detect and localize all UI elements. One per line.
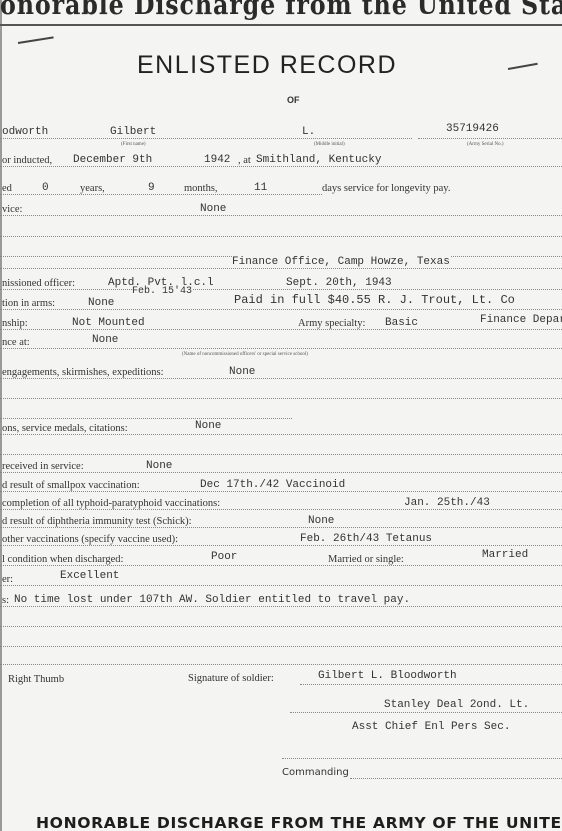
days-value: 11 (254, 182, 267, 194)
noncom-label: nissioned officer: (2, 278, 76, 289)
noncom-row: nissioned officer: Aptd. Pvt. l.c.l Sept… (0, 275, 562, 293)
name-row: odworth Gilbert L. 35719426 (0, 124, 562, 142)
remarks-row: s: No time lost under 107th AW. Soldier … (0, 592, 562, 610)
wounds-value: None (146, 460, 172, 472)
prior-service-label: vice: (2, 204, 23, 215)
commanding-label: Commanding (282, 767, 350, 778)
prior-service-value: None (200, 203, 226, 215)
officer-name: Stanley Deal 2ond. Lt. (384, 699, 529, 711)
other-vaccinations-label: other vaccinations (specify vaccine used… (2, 534, 179, 545)
qualification-label: tion in arms: (2, 298, 56, 309)
attendance-label: nce at: (2, 337, 31, 348)
footer-banner: HONORABLE DISCHARGE FROM THE ARMY OF THE… (36, 814, 562, 831)
caption-middle-initial: (Middle initial) (314, 142, 345, 147)
prior-service-row: vice: None (0, 201, 562, 219)
qualification-row: tion in arms: None Paid in full $40.55 R… (0, 295, 562, 313)
character-value: Excellent (60, 570, 119, 582)
diphtheria-label: d result of diphtheria immunity test (Sc… (2, 516, 193, 527)
inducted-label: or inducted, (2, 155, 53, 166)
married-value: Married (482, 549, 528, 561)
inducted-date: December 9th (73, 154, 152, 166)
army-specialty-label: Army specialty: (298, 318, 366, 329)
married-label: Married or single: (328, 554, 405, 565)
commanding-row: Commanding (0, 764, 562, 782)
diphtheria-value: None (308, 515, 334, 527)
decorations-value: None (195, 420, 221, 432)
smallpox-value: Dec 17th./42 Vaccinoid (200, 479, 345, 491)
character-label: er: (2, 574, 14, 585)
physical-condition-value: Poor (211, 551, 237, 563)
horsemanship-value: Not Mounted (72, 317, 145, 329)
decorations-row: ons, service medals, citations: None (0, 420, 562, 438)
wounds-row: received in service: None (0, 458, 562, 476)
ink-mark (508, 63, 538, 70)
longevity-prefix: ed (2, 183, 13, 194)
battles-value: None (229, 366, 255, 378)
horsemanship-row: nship: Not Mounted Army specialty: Basic… (0, 315, 562, 333)
serial-number: 35719426 (446, 123, 499, 135)
physical-condition-row: l condition when discharged: Poor Marrie… (0, 551, 562, 569)
smallpox-row: d result of smallpox vaccination: Dec 17… (0, 477, 562, 495)
attendance-row: nce at: None (0, 334, 562, 352)
days-label: days service for longevity pay. (322, 183, 452, 194)
character-row: er: Excellent (0, 571, 562, 589)
attendance-caption: (Name of noncommissioned officers' or sp… (182, 352, 308, 357)
blank-line (0, 222, 562, 240)
wounds-label: received in service: (2, 461, 85, 472)
physical-condition-label: l condition when discharged: (2, 554, 124, 565)
first-name: Gilbert (110, 126, 156, 138)
header-rule (0, 24, 562, 26)
remarks-value: No time lost under 107th AW. Soldier ent… (14, 594, 410, 606)
decorations-label: ons, service medals, citations: (2, 423, 129, 434)
other-vaccinations-value: Feb. 26th/43 Tetanus (300, 533, 432, 545)
blank-line (0, 612, 562, 630)
blank-line (0, 440, 562, 458)
title-of: OF (287, 95, 300, 105)
caption-serial-no: (Army Serial No.) (467, 142, 504, 147)
soldier-signature-value: Gilbert L. Bloodworth (318, 670, 457, 682)
horsemanship-label: nship: (2, 318, 29, 329)
blank-line (0, 744, 562, 762)
battles-row: engagements, skirmishes, expeditions: No… (0, 364, 562, 382)
typhoid-value: Jan. 25th./43 (404, 497, 490, 509)
army-specialty-value: Basic (385, 317, 418, 329)
page-title: ENLISTED RECORD (137, 51, 397, 80)
longevity-row: ed 0 years, 9 months, 11 days service fo… (0, 180, 562, 198)
inducted-row: or inducted, December 9th 1942 , at Smit… (0, 152, 562, 170)
finance-dept-stamp: Finance Depar (480, 314, 562, 326)
inducted-at-label: , at (238, 155, 252, 166)
officer-signature-row: Stanley Deal 2ond. Lt. (0, 698, 562, 716)
soldier-signature-label: Signature of soldier: (188, 673, 275, 684)
inducted-year: 1942 (204, 154, 230, 166)
blank-line (0, 650, 562, 668)
inducted-place: Smithland, Kentucky (256, 154, 381, 166)
typhoid-label: completion of all typhoid-paratyphoid va… (2, 498, 221, 509)
smallpox-label: d result of smallpox vaccination: (2, 480, 141, 491)
paid-stamp: Paid in full $40.55 R. J. Trout, Lt. Co (234, 293, 515, 307)
years-value: 0 (42, 182, 49, 194)
battles-label: engagements, skirmishes, expeditions: (2, 367, 165, 378)
years-label: years, (80, 183, 106, 194)
months-label: months, (184, 183, 219, 194)
caption-first-name: (First name) (121, 142, 146, 147)
noncom-date: Sept. 20th, 1943 (286, 277, 392, 289)
ink-mark (18, 36, 54, 44)
last-name: odworth (2, 126, 48, 138)
diphtheria-row: d result of diphtheria immunity test (Sc… (0, 513, 562, 531)
finance-stamp-row: Finance Office, Camp Howze, Texas (0, 254, 562, 272)
typhoid-row: completion of all typhoid-paratyphoid va… (0, 495, 562, 513)
attendance-value: None (92, 334, 118, 346)
officer-title: Asst Chief Enl Pers Sec. (352, 721, 510, 733)
blank-line (0, 384, 562, 402)
middle-initial: L. (302, 126, 315, 138)
remarks-label: s: (2, 595, 10, 606)
blank-line (0, 632, 562, 650)
header-banner: onorable Discharge from the United State… (0, 0, 546, 21)
finance-stamp: Finance Office, Camp Howze, Texas (232, 256, 450, 268)
qualification-value: None (88, 297, 114, 309)
soldier-signature-row: Signature of soldier: Gilbert L. Bloodwo… (0, 670, 562, 688)
months-value: 9 (148, 182, 155, 194)
other-vaccinations-row: other vaccinations (specify vaccine used… (0, 531, 562, 549)
enlisted-record-document: onorable Discharge from the United State… (0, 0, 562, 831)
